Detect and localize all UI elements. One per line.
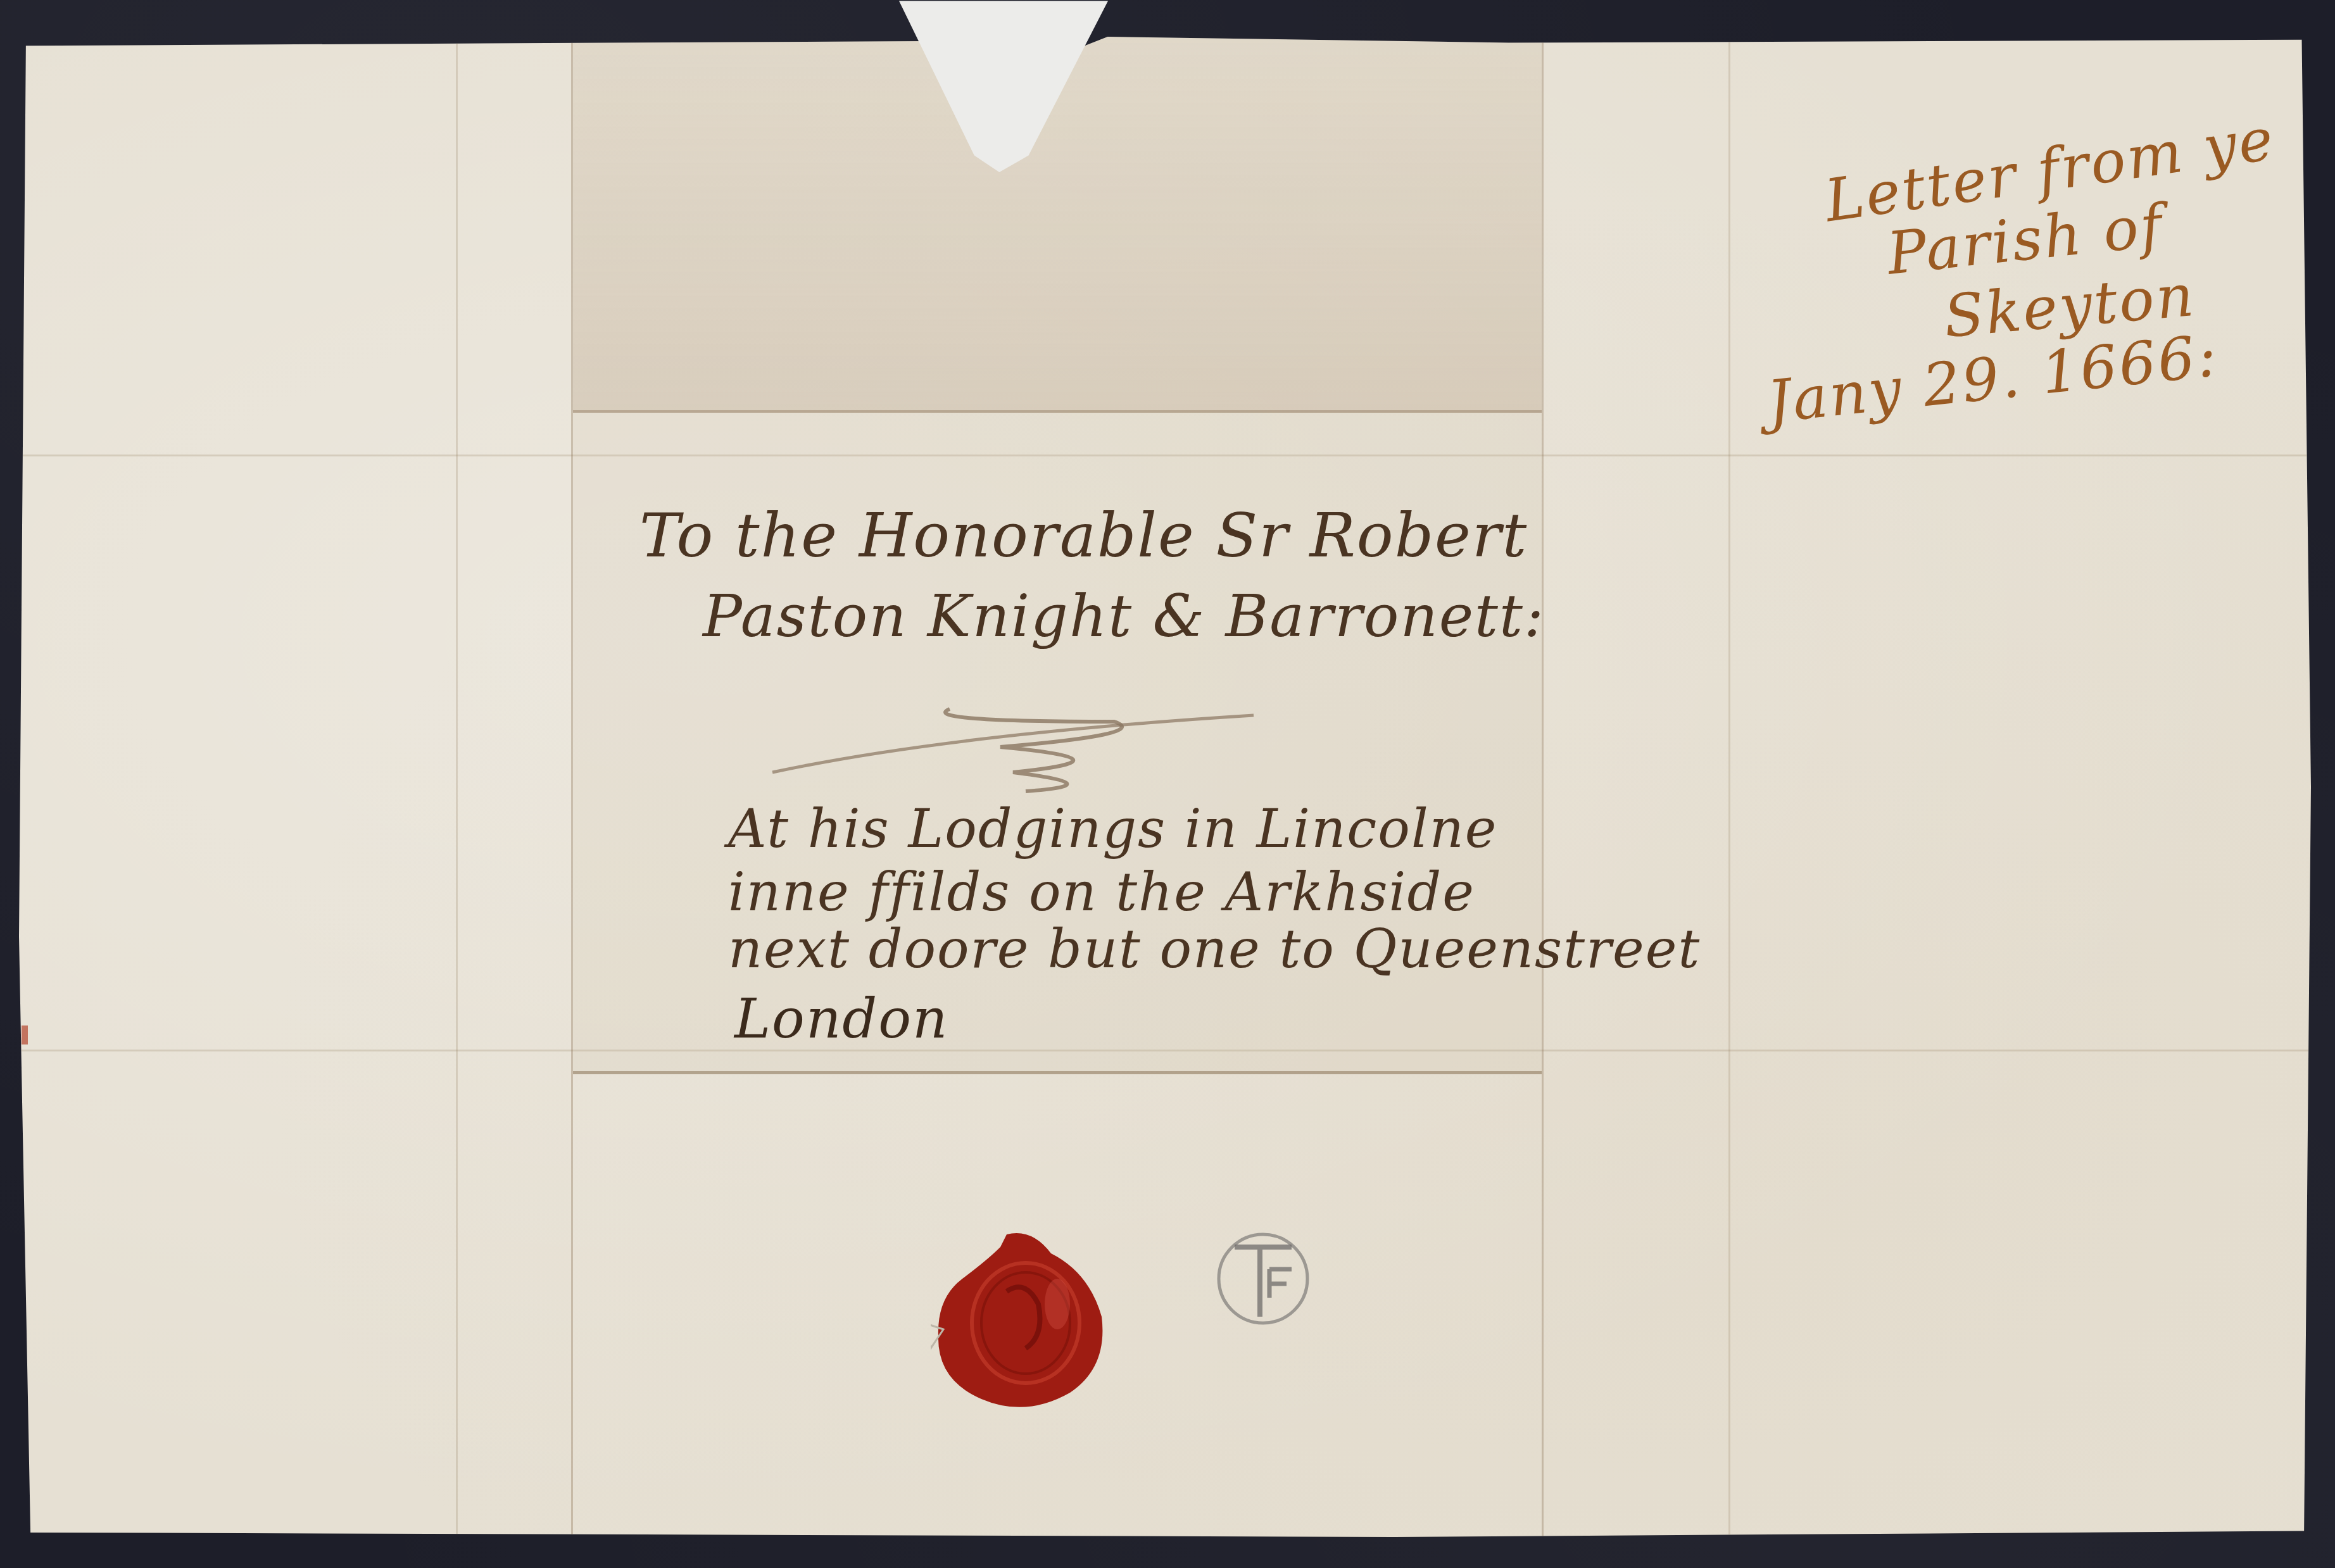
address-line: Paston Knight & Barronett: [703, 582, 1545, 650]
wax-seal-icon [931, 1228, 1114, 1418]
address-line-city: London [734, 988, 949, 1051]
address-line: next doore but one to Queenstreet [728, 918, 1701, 980]
library-stamp-icon [1209, 1222, 1317, 1329]
edge-stain [22, 1025, 28, 1044]
address-line: inne ffilds on the Arkhside [728, 861, 1475, 923]
fold-line [456, 37, 458, 1537]
address-line: At his Lodgings in Lincolne [728, 798, 1498, 860]
address-line: To the Honorable Sr Robert [639, 500, 1528, 571]
fold-line [1728, 37, 1730, 1537]
pen-flourish-icon [760, 696, 1266, 798]
